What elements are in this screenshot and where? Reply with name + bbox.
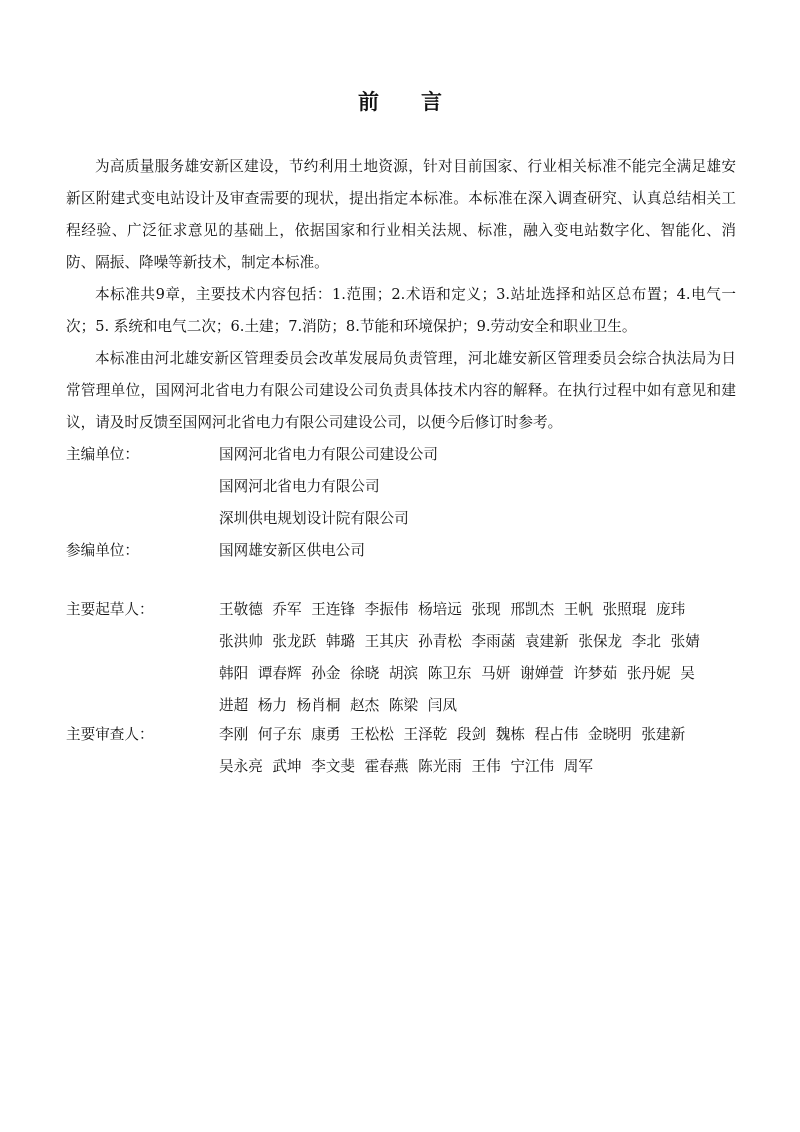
co-editor-unit: 国网雄安新区供电公司 — [219, 535, 737, 567]
intro-paragraph: 为高质量服务雄安新区建设，节约利用土地资源，针对目前国家、行业相关标准不能完全满… — [66, 151, 736, 279]
drafters-list: 王敬德 乔军 王连锋 李振伟 杨培远 张现 邢凯杰 王帆 张照琨 庞玮 张洪帅 … — [219, 594, 737, 722]
chief-editor-unit: 国网河北省电力有限公司 — [219, 471, 737, 503]
chief-editor-unit: 深圳供电规划设计院有限公司 — [219, 503, 737, 535]
drafters-line: 进超 杨力 杨肖桐 赵杰 陈梁 闫凤 — [219, 690, 737, 722]
reviewers-list: 李刚 何子东 康勇 王松松 王泽乾 段剑 魏栋 程占伟 金晓明 张建新 吴永亮 … — [219, 719, 737, 783]
reviewers-line: 吴永亮 武坤 李文斐 霍春燕 陈光雨 王伟 宁江伟 周军 — [219, 751, 737, 783]
drafters-line: 王敬德 乔军 王连锋 李振伟 杨培远 张现 邢凯杰 王帆 张照琨 庞玮 — [219, 594, 737, 626]
title-char: 前 — [358, 86, 379, 116]
chief-editor-label: 主编单位： — [66, 439, 216, 471]
document-page: 前言 为高质量服务雄安新区建设，节约利用土地资源，针对目前国家、行业相关标准不能… — [0, 0, 800, 1132]
co-editor-label: 参编单位： — [66, 535, 216, 567]
reviewers-line: 李刚 何子东 康勇 王松松 王泽乾 段剑 魏栋 程占伟 金晓明 张建新 — [219, 719, 737, 751]
drafters-line: 张洪帅 张龙跃 韩璐 王其庆 孙青松 李雨菡 袁建新 张保龙 李北 张婧 — [219, 626, 737, 658]
chief-editor-unit: 国网河北省电力有限公司建设公司 — [219, 439, 737, 471]
management-paragraph: 本标准由河北雄安新区管理委员会改革发展局负责管理，河北雄安新区管理委员会综合执法… — [66, 343, 736, 439]
reviewers-label: 主要审查人： — [66, 719, 216, 751]
drafters-line: 韩阳 谭春辉 孙金 徐晓 胡滨 陈卫东 马妍 谢婵萱 许梦茹 张丹妮 吴 — [219, 658, 737, 690]
chapters-paragraph: 本标准共9章，主要技术内容包括：1.范围；2.术语和定义；3.站址选择和站区总布… — [66, 279, 736, 343]
drafters-label: 主要起草人： — [66, 594, 216, 626]
page-title: 前言 — [0, 86, 800, 116]
title-char: 言 — [421, 86, 442, 116]
